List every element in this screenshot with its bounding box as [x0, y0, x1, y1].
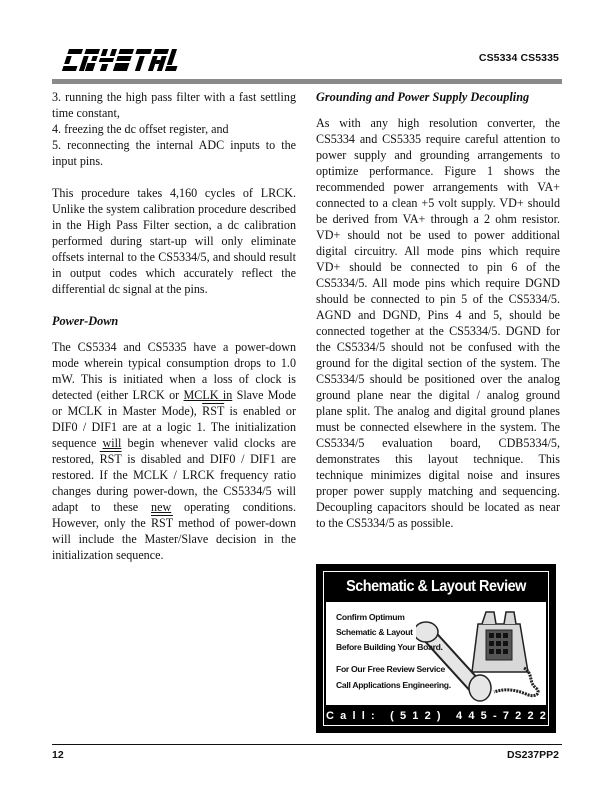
header-rule	[52, 79, 562, 84]
header-part-numbers: CS5334 CS5335	[479, 52, 559, 64]
left-column: 3. running the high pass filter with a f…	[52, 89, 296, 563]
advert-line: Before Building Your Board.	[336, 642, 443, 652]
text-run: new	[151, 500, 171, 514]
power-down-paragraph: The CS5334 and CS5335 have a power-down …	[52, 339, 296, 563]
document-id: DS237PP2	[507, 749, 559, 761]
page-number: 12	[52, 749, 64, 761]
footer-rule	[52, 744, 562, 745]
procedure-paragraph: This procedure takes 4,160 cycles of LRC…	[52, 185, 296, 297]
advert-body: Confirm Optimum Schematic & Layout Befor…	[326, 602, 546, 705]
section-heading-power-down: Power-Down	[52, 313, 296, 329]
advert-line: For Our Free Review Service	[336, 664, 445, 674]
list-item: 5. reconnecting the internal ADC inputs …	[52, 137, 296, 169]
advert-line: Confirm Optimum	[336, 612, 405, 622]
list-item: 3. running the high pass filter with a f…	[52, 89, 296, 121]
rst-signal: RST	[202, 404, 224, 418]
advert-phone-number: Call: (512) 445-7222	[326, 706, 546, 726]
crystal-logo: CRYSTAL	[62, 46, 184, 74]
rst-signal: RST	[151, 516, 173, 530]
rst-signal: RST	[100, 452, 122, 466]
advert-title: Schematic & Layout Review Service	[333, 574, 539, 600]
review-service-advert: Schematic & Layout Review Service Confir…	[316, 564, 556, 733]
advert-line: Call Applications Engineering.	[336, 680, 451, 690]
text-run: MCLK in	[184, 388, 233, 402]
grounding-paragraph: As with any high resolution converter, t…	[316, 115, 560, 531]
right-column: Grounding and Power Supply Decoupling As…	[316, 89, 560, 531]
advert-line: Schematic & Layout	[336, 627, 413, 637]
list-item: 4. freezing the dc offset register, and	[52, 121, 296, 137]
text-run: will	[103, 436, 122, 450]
section-heading-grounding: Grounding and Power Supply Decoupling	[316, 89, 560, 105]
